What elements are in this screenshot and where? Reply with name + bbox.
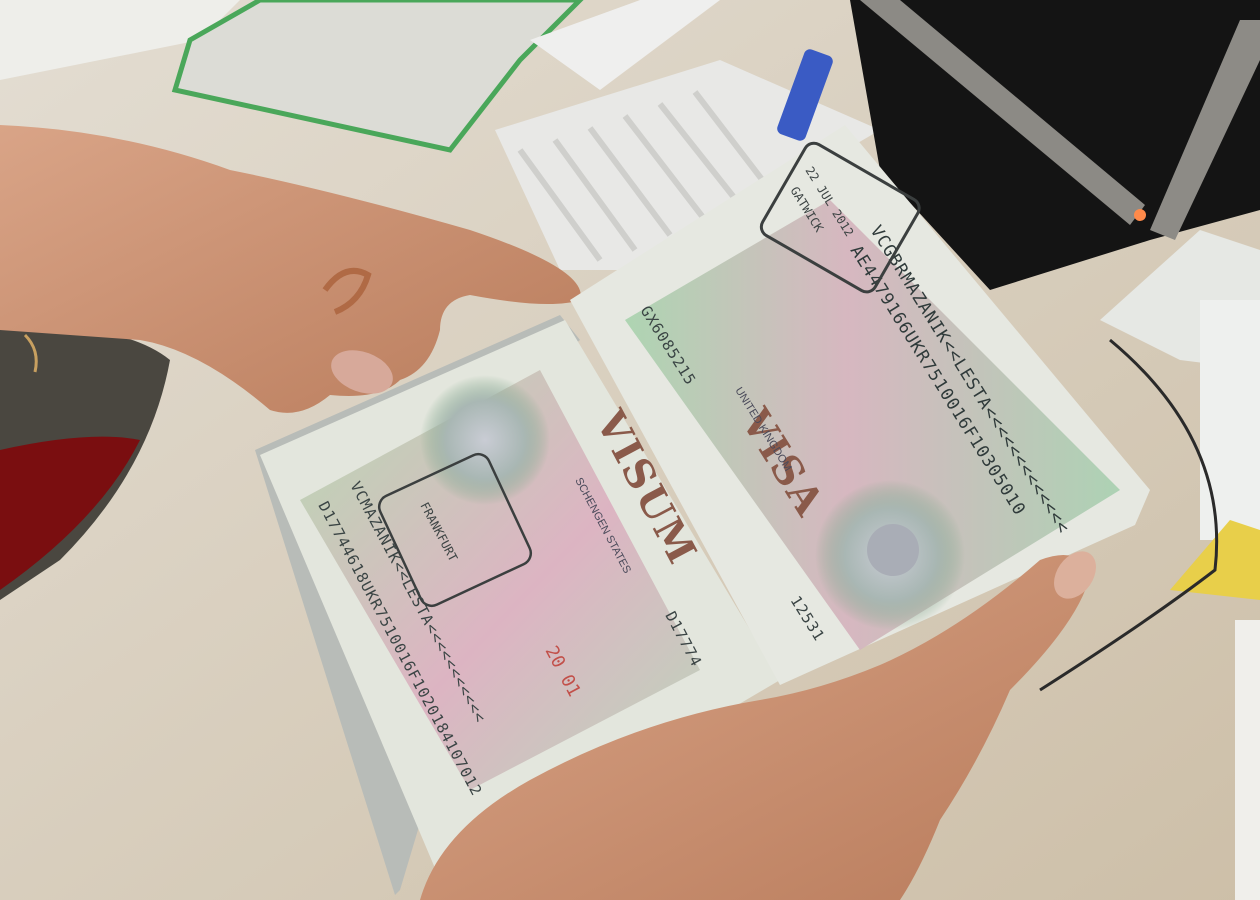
paper-edge <box>1235 620 1260 900</box>
power-led-icon <box>1134 209 1146 221</box>
photo-scene: VISUM SCHENGEN STATES D17774 20 01 FRANK… <box>0 0 1260 900</box>
uk-seal-center <box>867 524 919 576</box>
photo-canvas: VISUM SCHENGEN STATES D17774 20 01 FRANK… <box>0 0 1260 900</box>
paper-box <box>1200 300 1260 540</box>
hologram-seal <box>420 375 550 505</box>
